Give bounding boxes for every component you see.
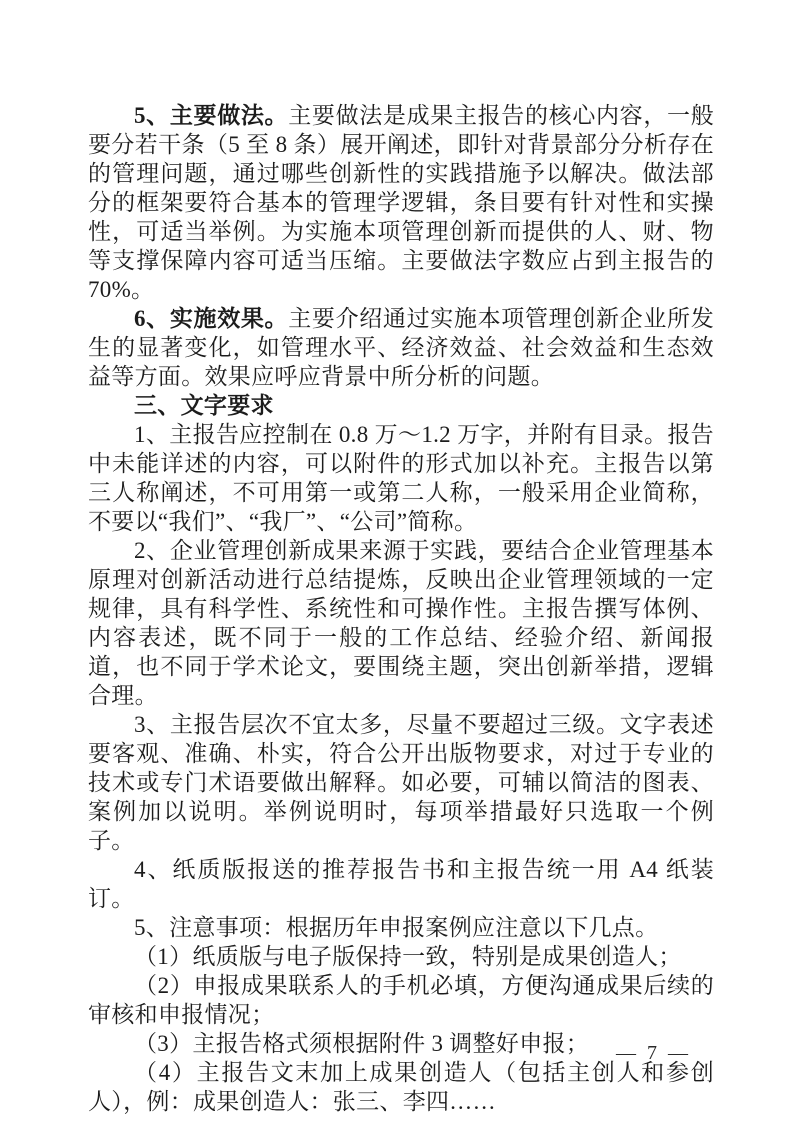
paragraph-main-methods: 5、主要做法。主要做法是成果主报告的核心内容，一般要分若干条（5 至 8 条）展… — [88, 101, 714, 304]
paragraph-a4-binding: 4、纸质版报送的推荐报告书和主报告统一用 A4 纸装订。 — [88, 855, 714, 913]
note-item-4: （4）主报告文末加上成果创造人（包括主创人和参创人），例：成果创造人：张三、李四… — [88, 1058, 714, 1116]
paragraph-notes-intro: 5、注意事项：根据历年申报案例应注意以下几点。 — [88, 913, 714, 942]
paragraph-word-count: 1、主报告应控制在 0.8 万～1.2 万字，并附有目录。报告中未能详述的内容，… — [88, 420, 714, 536]
paragraph-bold-lead: 6、实施效果。 — [134, 306, 288, 331]
paragraph-text: 主要做法是成果主报告的核心内容，一般要分若干条（5 至 8 条）展开阐述，即针对… — [88, 103, 714, 302]
paragraph-implementation-effect: 6、实施效果。主要介绍通过实施本项管理创新企业所发生的显著变化，如管理水平、经济… — [88, 304, 714, 391]
section-heading-text-requirements: 三、文字要求 — [88, 391, 714, 420]
document-body: 5、主要做法。主要做法是成果主报告的核心内容，一般要分若干条（5 至 8 条）展… — [88, 101, 714, 1116]
paragraph-practice-origin: 2、企业管理创新成果来源于实践，要结合企业管理基本原理对创新活动进行总结提炼，反… — [88, 536, 714, 710]
note-item-2: （2）申报成果联系人的手机必填，方便沟通成果后续的审核和申报情况； — [88, 971, 714, 1029]
page-number: — 7 — — [616, 1042, 691, 1065]
document-page: 5、主要做法。主要做法是成果主报告的核心内容，一般要分若干条（5 至 8 条）展… — [0, 0, 800, 1131]
paragraph-hierarchy-levels: 3、主报告层次不宜太多，尽量不要超过三级。文字表述要客观、准确、朴实，符合公开出… — [88, 710, 714, 855]
note-item-1: （1）纸质版与电子版保持一致，特别是成果创造人； — [88, 942, 714, 971]
paragraph-bold-lead: 5、主要做法。 — [134, 103, 288, 128]
